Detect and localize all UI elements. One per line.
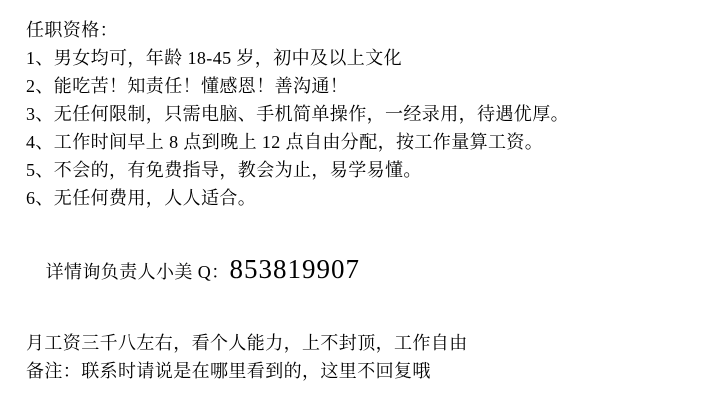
salary-line: 月工资三千八左右，看个人能力，上不封顶，工作自由 <box>26 329 712 357</box>
note-line: 备注：联系时请说是在哪里看到的，这里不回复哦 <box>26 357 712 385</box>
qualification-item-2: 2、能吃苦！知责任！懂感恩！善沟通！ <box>26 72 712 100</box>
qualification-item-1: 1、男女均可，年龄 18-45 岁，初中及以上文化 <box>26 44 712 72</box>
qualification-item-3: 3、无任何限制，只需电脑、手机简单操作，一经录用，待遇优厚。 <box>26 100 712 128</box>
job-ad-document: 任职资格： 1、男女均可，年龄 18-45 岁，初中及以上文化 2、能吃苦！知责… <box>0 0 722 385</box>
heading-qualifications: 任职资格： <box>26 16 712 44</box>
qualification-item-6: 6、无任何费用，人人适合。 <box>26 184 712 212</box>
qualification-item-5: 5、不会的，有免费指导，教会为止，易学易懂。 <box>26 156 712 184</box>
qualification-item-4: 4、工作时间早上 8 点到晚上 12 点自由分配，按工作量算工资。 <box>26 128 712 156</box>
qq-number: 853819907 <box>230 254 361 284</box>
contact-label: 详情询负责人小美 Q： <box>46 262 230 282</box>
contact-line: 详情询负责人小美 Q：853819907 <box>26 218 712 323</box>
